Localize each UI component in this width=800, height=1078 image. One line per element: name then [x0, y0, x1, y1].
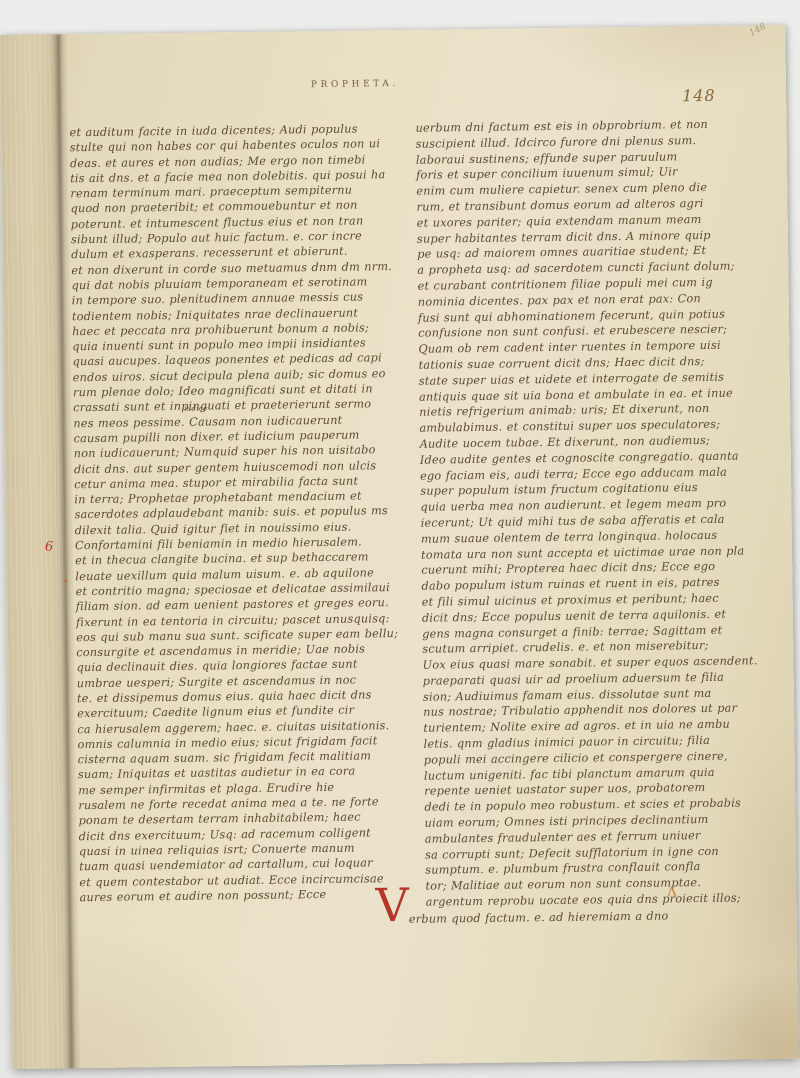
ink-speck	[64, 579, 67, 582]
verse-opening-line: erbum quod factum. e. ad hieremiam a dno	[409, 910, 669, 926]
running-title: PROPHETA.	[311, 79, 399, 90]
right-text-column: uerbum dni factum est eis in obprobrium.…	[415, 116, 781, 910]
left-text-column: et auditum facite in iuda dicentes; Audi…	[69, 121, 429, 906]
chapter-number-rubric: 6	[45, 540, 53, 555]
manuscript-page: PROPHETA. 148 148 6 iudice et auditum fa…	[0, 25, 799, 1069]
corner-inscription: 148	[748, 22, 768, 39]
margin-caret-mark: Λ	[667, 884, 676, 898]
rubric-initial-v: V	[375, 882, 409, 928]
folio-number: 148	[682, 86, 716, 105]
manuscript-line: argentum reprobu uocate eos quia dns pro…	[426, 890, 782, 910]
